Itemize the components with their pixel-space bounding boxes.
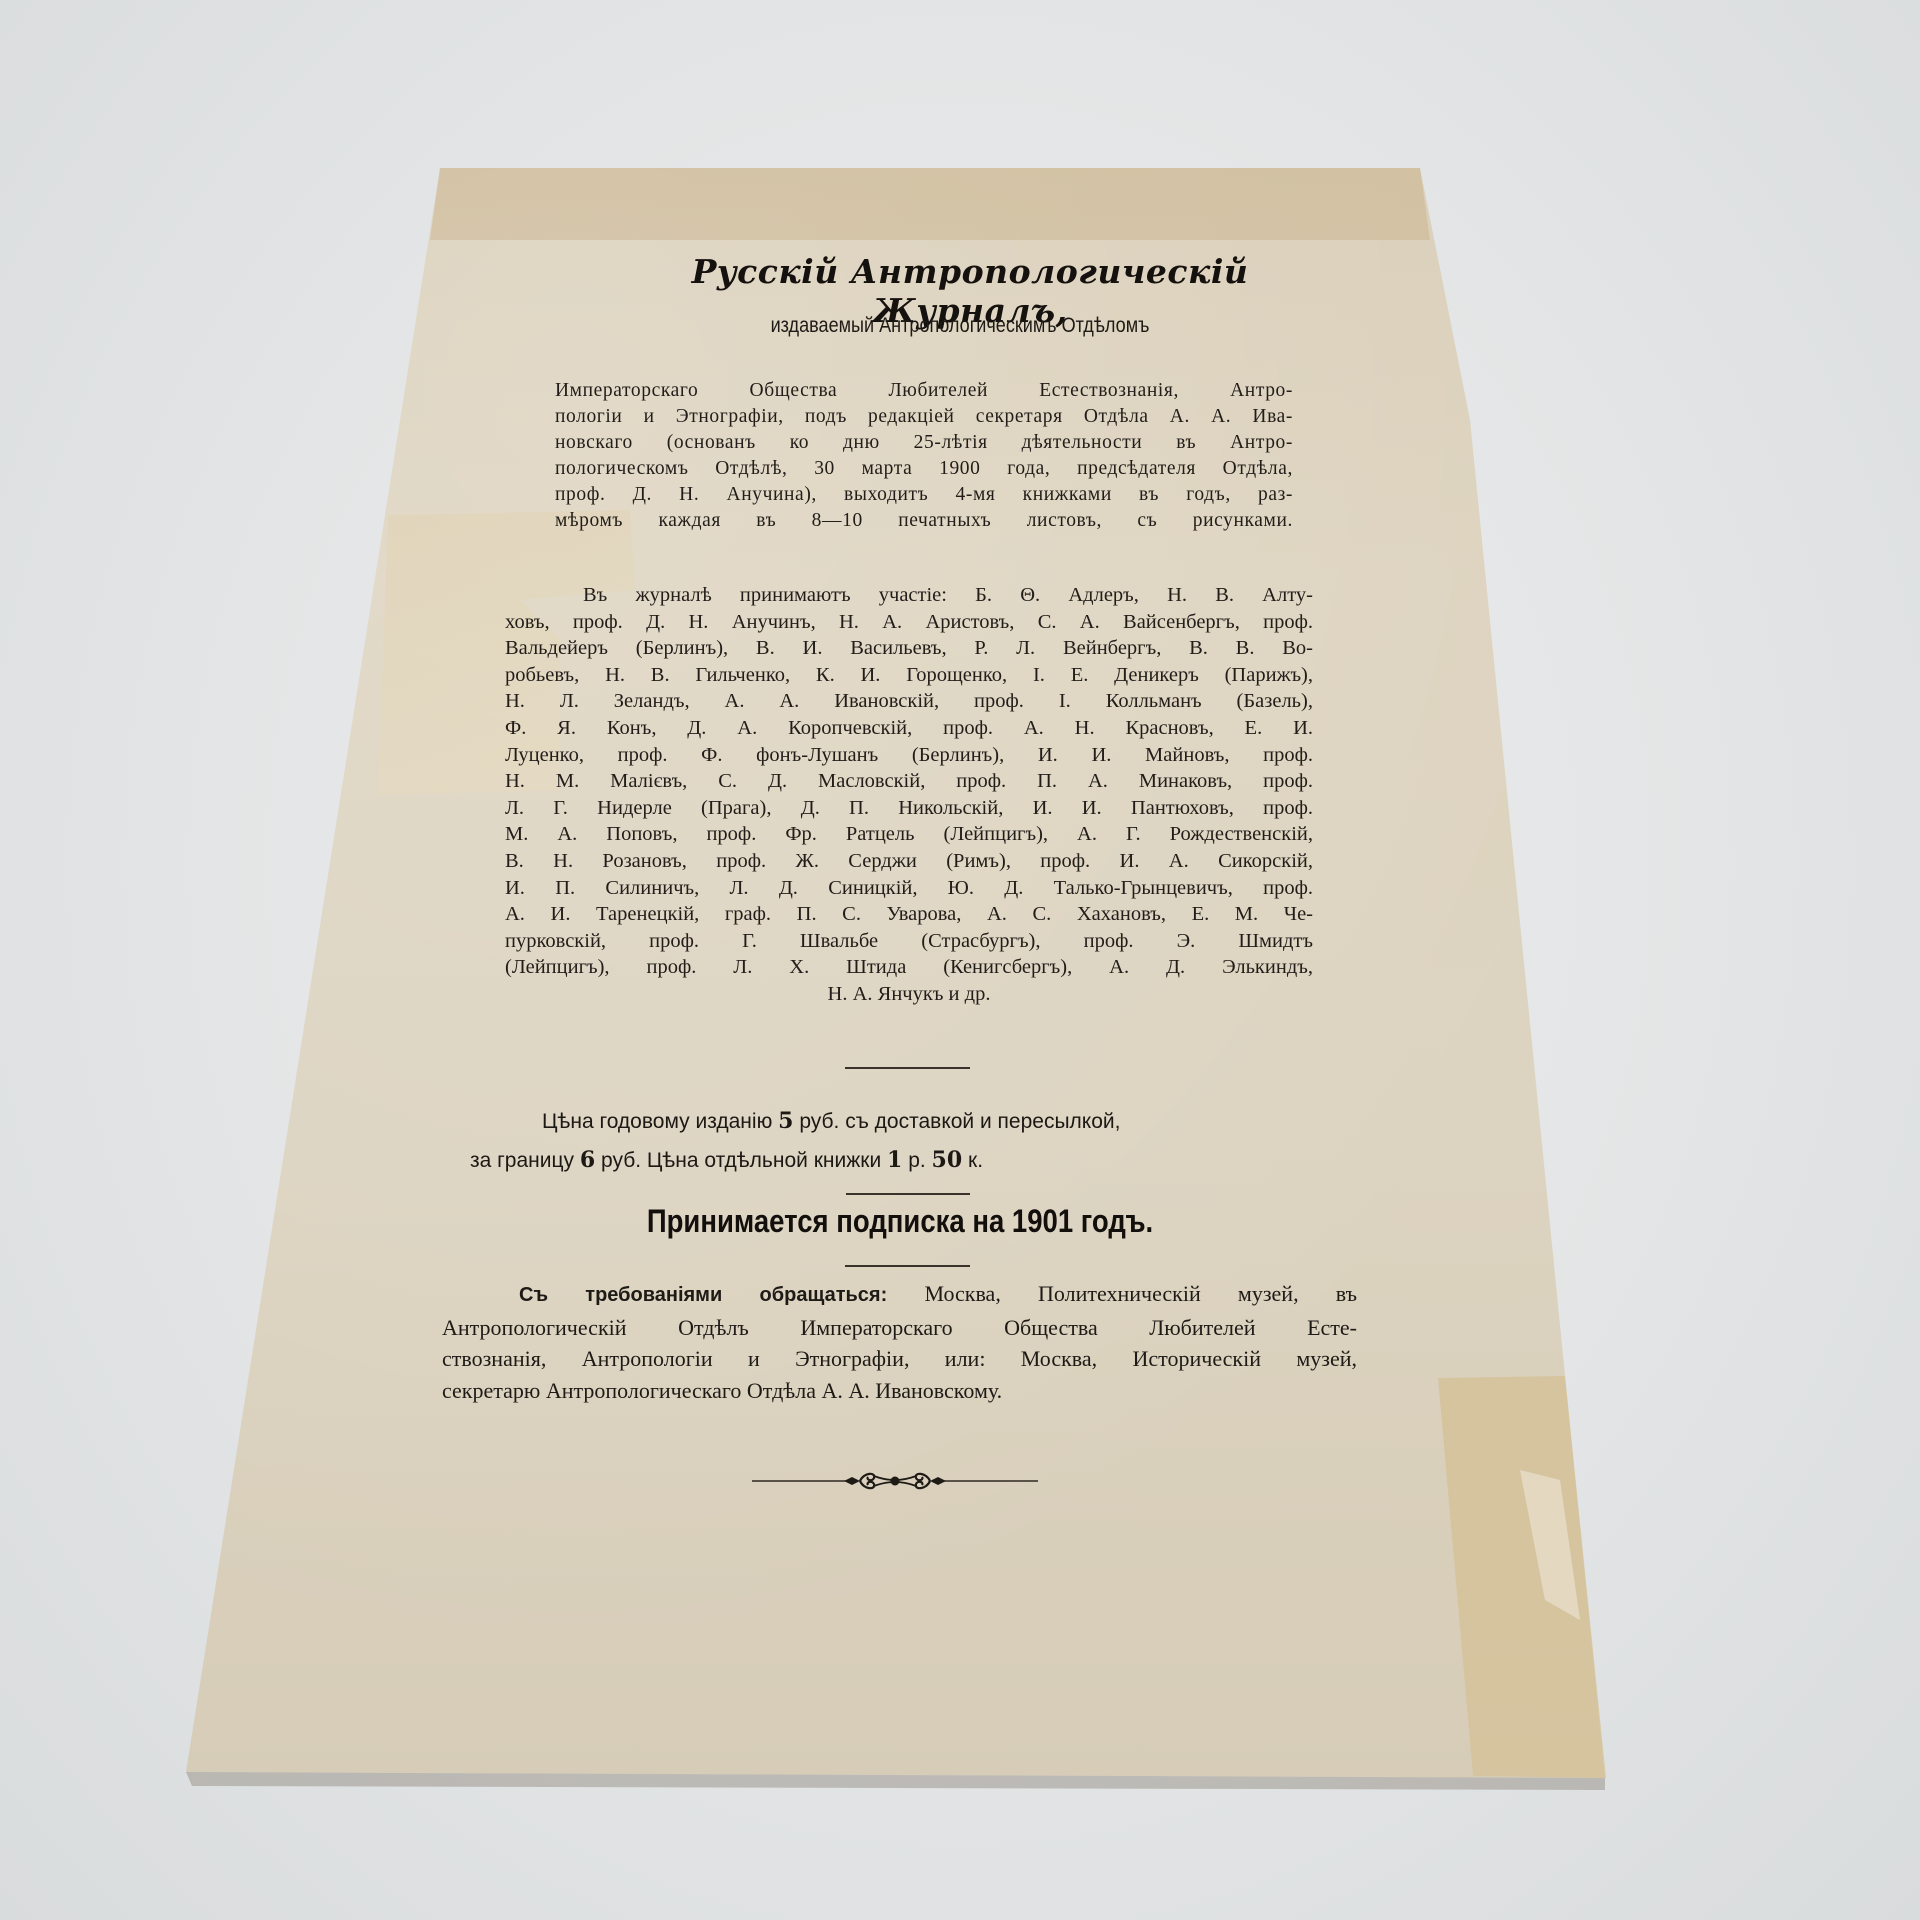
- text-line: мѣромъ каждая въ 8—10 печатныхъ листовъ,…: [555, 508, 1293, 534]
- price-line-abroad: за границу 6 руб. Цѣна отдѣльной книжки …: [470, 1141, 1330, 1180]
- text-line: Императорскаго Общества Любителей Естест…: [555, 378, 1293, 404]
- text-line: Вальдейеръ (Берлинъ), В. И. Васильевъ, Р…: [505, 635, 1313, 662]
- text-line: проф. Д. Н. Анучина), выходитъ 4-мя книж…: [555, 482, 1293, 508]
- contacts-paragraph: Съ требованіями обращаться: Москва, Поли…: [442, 1278, 1357, 1406]
- contacts-text: Москва, Политехническій музей, въ: [924, 1281, 1357, 1306]
- text-line: Ф. Я. Конъ, Д. А. Коропчевскій, проф. А.…: [505, 715, 1313, 742]
- text-line: Н. Л. Зеландъ, А. А. Ивановскій, проф. І…: [505, 688, 1313, 715]
- text-line: А. И. Таренецкій, граф. П. С. Уварова, А…: [505, 901, 1313, 928]
- single-issue-kop: 50: [932, 1147, 963, 1173]
- text-line: М. А. Поповъ, проф. Фр. Ратцель (Лейпциг…: [505, 821, 1313, 848]
- abroad-price: 6: [580, 1147, 595, 1173]
- fleuron-divider-icon: [752, 1468, 1038, 1494]
- text-line: Луценко, проф. Ф. фонъ-Лушанъ (Берлинъ),…: [505, 742, 1313, 769]
- text-line: секретарю Антропологическаго Отдѣла А. А…: [442, 1375, 1357, 1407]
- price-text: р.: [908, 1149, 926, 1172]
- text-line: В. Н. Розановъ, проф. Ж. Серджи (Римъ), …: [505, 848, 1313, 875]
- divider-rule: [845, 1067, 970, 1069]
- publisher-subtitle: издаваемый Антропологическимъ Отдѣломъ: [685, 314, 1235, 338]
- price-line-annual: Цѣна годовому изданію 5 руб. съ доставко…: [470, 1102, 1330, 1141]
- text-line: пурковскій, проф. Г. Швальбе (Страсбургъ…: [505, 928, 1313, 955]
- text-line: новскаго (основанъ ко дню 25-лѣтія дѣяте…: [555, 430, 1293, 456]
- price-block: Цѣна годовому изданію 5 руб. съ доставко…: [470, 1102, 1330, 1180]
- text-line: пологіи и Этнографіи, подъ редакціей сек…: [555, 404, 1293, 430]
- subscription-heading: Принимается подписка на 1901 годъ.: [590, 1203, 1209, 1240]
- text-line: ствознанія, Антропологіи и Этнографіи, и…: [442, 1343, 1357, 1375]
- text-line: Въ журналѣ принимаютъ участіе: Б. Θ. Адл…: [505, 582, 1313, 609]
- text-line: (Лейпцигъ), проф. Л. Х. Штида (Кенигсбер…: [505, 954, 1313, 981]
- price-text: за границу: [470, 1149, 574, 1172]
- price-text: Цѣна годовому изданію: [542, 1110, 772, 1133]
- price-text: руб. съ доставкой и пересылкой,: [799, 1110, 1120, 1133]
- annual-price: 5: [778, 1108, 793, 1134]
- description-paragraph: Императорскаго Общества Любителей Естест…: [555, 378, 1293, 534]
- text-line: робьевъ, Н. В. Гильченко, К. И. Горощенк…: [505, 662, 1313, 689]
- divider-rule: [845, 1265, 970, 1267]
- price-text: к.: [968, 1149, 983, 1172]
- text-line: Л. Г. Нидерле (Прага), Д. П. Никольскій,…: [505, 795, 1313, 822]
- price-text: руб. Цѣна отдѣльной книжки: [601, 1149, 881, 1172]
- single-issue-rub: 1: [887, 1147, 902, 1173]
- divider-rule: [846, 1193, 970, 1195]
- contributors-paragraph: Въ журналѣ принимаютъ участіе: Б. Θ. Адл…: [505, 582, 1313, 1008]
- text-line: Н. А. Янчукъ и др.: [505, 981, 1313, 1008]
- text-line: Антропологическій Отдѣлъ Императорскаго …: [442, 1312, 1357, 1344]
- text-line: пологическомъ Отдѣлѣ, 30 марта 1900 года…: [555, 456, 1293, 482]
- text-line: Н. М. Малієвъ, С. Д. Масловскій, проф. П…: [505, 768, 1313, 795]
- contacts-lead: Съ требованіями обращаться:: [519, 1284, 887, 1306]
- text-line: И. П. Силиничъ, Л. Д. Синицкій, Ю. Д. Та…: [505, 875, 1313, 902]
- text-line: Съ требованіями обращаться: Москва, Поли…: [442, 1278, 1357, 1312]
- text-line: ховъ, проф. Д. Н. Анучинъ, Н. А. Аристов…: [505, 609, 1313, 636]
